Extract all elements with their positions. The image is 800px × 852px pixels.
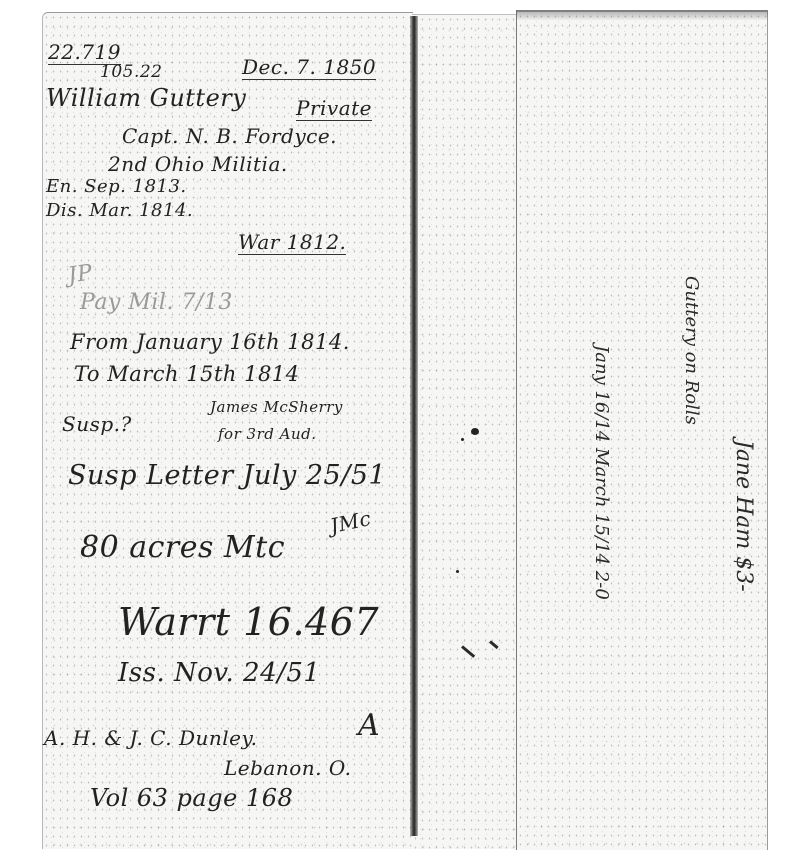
sub-number: 105.22 <box>100 62 162 82</box>
right-page-top-edge <box>516 10 768 20</box>
volume-page-reference: Vol 63 page 168 <box>90 784 293 812</box>
rotated-service-dates: Jany 16/14 March 15/14 2-0 <box>591 345 612 600</box>
right-document-page <box>516 10 768 850</box>
acreage: 80 acres Mtc <box>80 530 285 565</box>
faint-pay-annotation: Pay Mil. 7/13 <box>80 290 233 315</box>
clerk-note: for 3rd Aud. <box>218 425 316 443</box>
discharged-date: Dis. Mar. 1814. <box>46 200 193 221</box>
soldier-rank: Private <box>296 96 372 121</box>
agent-location: Lebanon. O. <box>224 756 351 780</box>
agent-names: A. H. & J. C. Dunley. <box>44 726 258 750</box>
war-label: War 1812. <box>238 230 346 255</box>
regiment: 2nd Ohio Militia. <box>108 152 288 176</box>
service-to: To March 15th 1814 <box>74 362 300 386</box>
suspended-note: Susp.? <box>62 412 132 436</box>
warrant-number: Warrt 16.467 <box>118 600 379 644</box>
ink-speck <box>456 570 459 573</box>
middle-document-page <box>412 14 516 849</box>
rotated-guttery-on-rolls: Guttery on Rolls <box>681 276 702 425</box>
faint-initials: JP <box>66 260 94 288</box>
issue-date: Iss. Nov. 24/51 <box>118 658 320 688</box>
clerk-signature: James McSherry <box>210 398 343 416</box>
page-fold-line <box>410 16 418 836</box>
enlisted-date: En. Sep. 1813. <box>46 176 187 197</box>
rotated-payment-note: Jane Ham $3- <box>731 440 756 592</box>
agent-mark: A <box>358 708 380 743</box>
suspension-letter: Susp Letter July 25/51 <box>68 460 386 491</box>
soldier-name: William Guttery <box>46 84 246 112</box>
ink-blot <box>471 428 479 435</box>
document-date: Dec. 7. 1850 <box>242 55 376 80</box>
ink-speck <box>461 438 464 441</box>
captain-name: Capt. N. B. Fordyce. <box>122 124 337 148</box>
service-from: From January 16th 1814. <box>70 330 350 354</box>
